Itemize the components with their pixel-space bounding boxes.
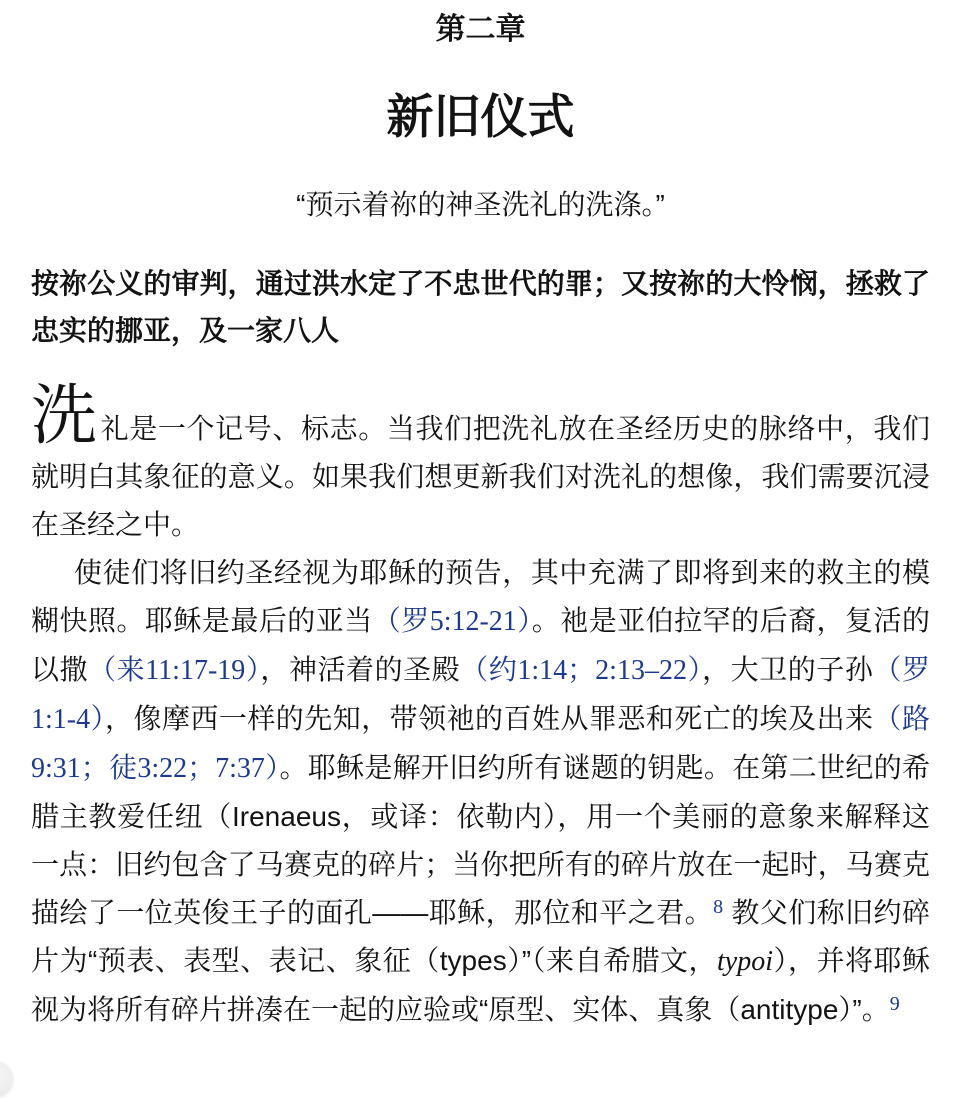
chapter-number-label: 第二章: [31, 0, 930, 48]
book-page: 第二章 新旧仪式 “预示着祢的神圣洗礼的洗涤。” 按祢公义的审判，通过洪水定了不…: [0, 0, 961, 1034]
epigraph-quote: “预示着祢的神圣洗礼的洗涤。”: [31, 188, 930, 222]
chapter-title: 新旧仪式: [31, 91, 930, 143]
footnote-link[interactable]: 8: [713, 896, 723, 918]
floating-edge-button[interactable]: [0, 1061, 13, 1097]
drop-cap: 洗: [31, 378, 98, 452]
footnote-link[interactable]: 9: [890, 993, 900, 1015]
text-run: ，像摩西一样的先知，带领祂的百姓从罪恶和死亡的埃及出来: [105, 703, 873, 734]
text-run: ，大卫的子孙: [702, 654, 873, 685]
bible-ref-link[interactable]: （约1:14；2:13–22）: [460, 655, 702, 686]
ebook-reader-page: { "colors": { "background": "#ffffff", "…: [0, 0, 961, 1108]
body-paragraph-1: 洗礼是一个记号、标志。当我们把洗礼放在圣经历史的脉络中，我们就明白其象征的意义。…: [31, 382, 930, 549]
epigraph-attribution: 按祢公义的审判，通过洪水定了不忠世代的罪；又按祢的大怜悯，拯救了忠实的挪亚，及一…: [31, 260, 930, 354]
bible-ref-link[interactable]: （罗5:12-21）: [373, 606, 532, 637]
paragraph-text: 礼是一个记号、标志。当我们把洗礼放在圣经历史的脉络中，我们就明白其象征的意义。如…: [31, 413, 930, 540]
bible-ref-link[interactable]: （来11:17-19）: [88, 655, 260, 686]
italic-term: typoi: [717, 946, 773, 977]
text-run: ，神活着的圣殿: [260, 654, 460, 685]
body-paragraph-2: 使徒们将旧约圣经视为耶稣的预告，其中充满了即将到来的救主的模糊快照。耶稣是最后的…: [31, 549, 930, 1034]
